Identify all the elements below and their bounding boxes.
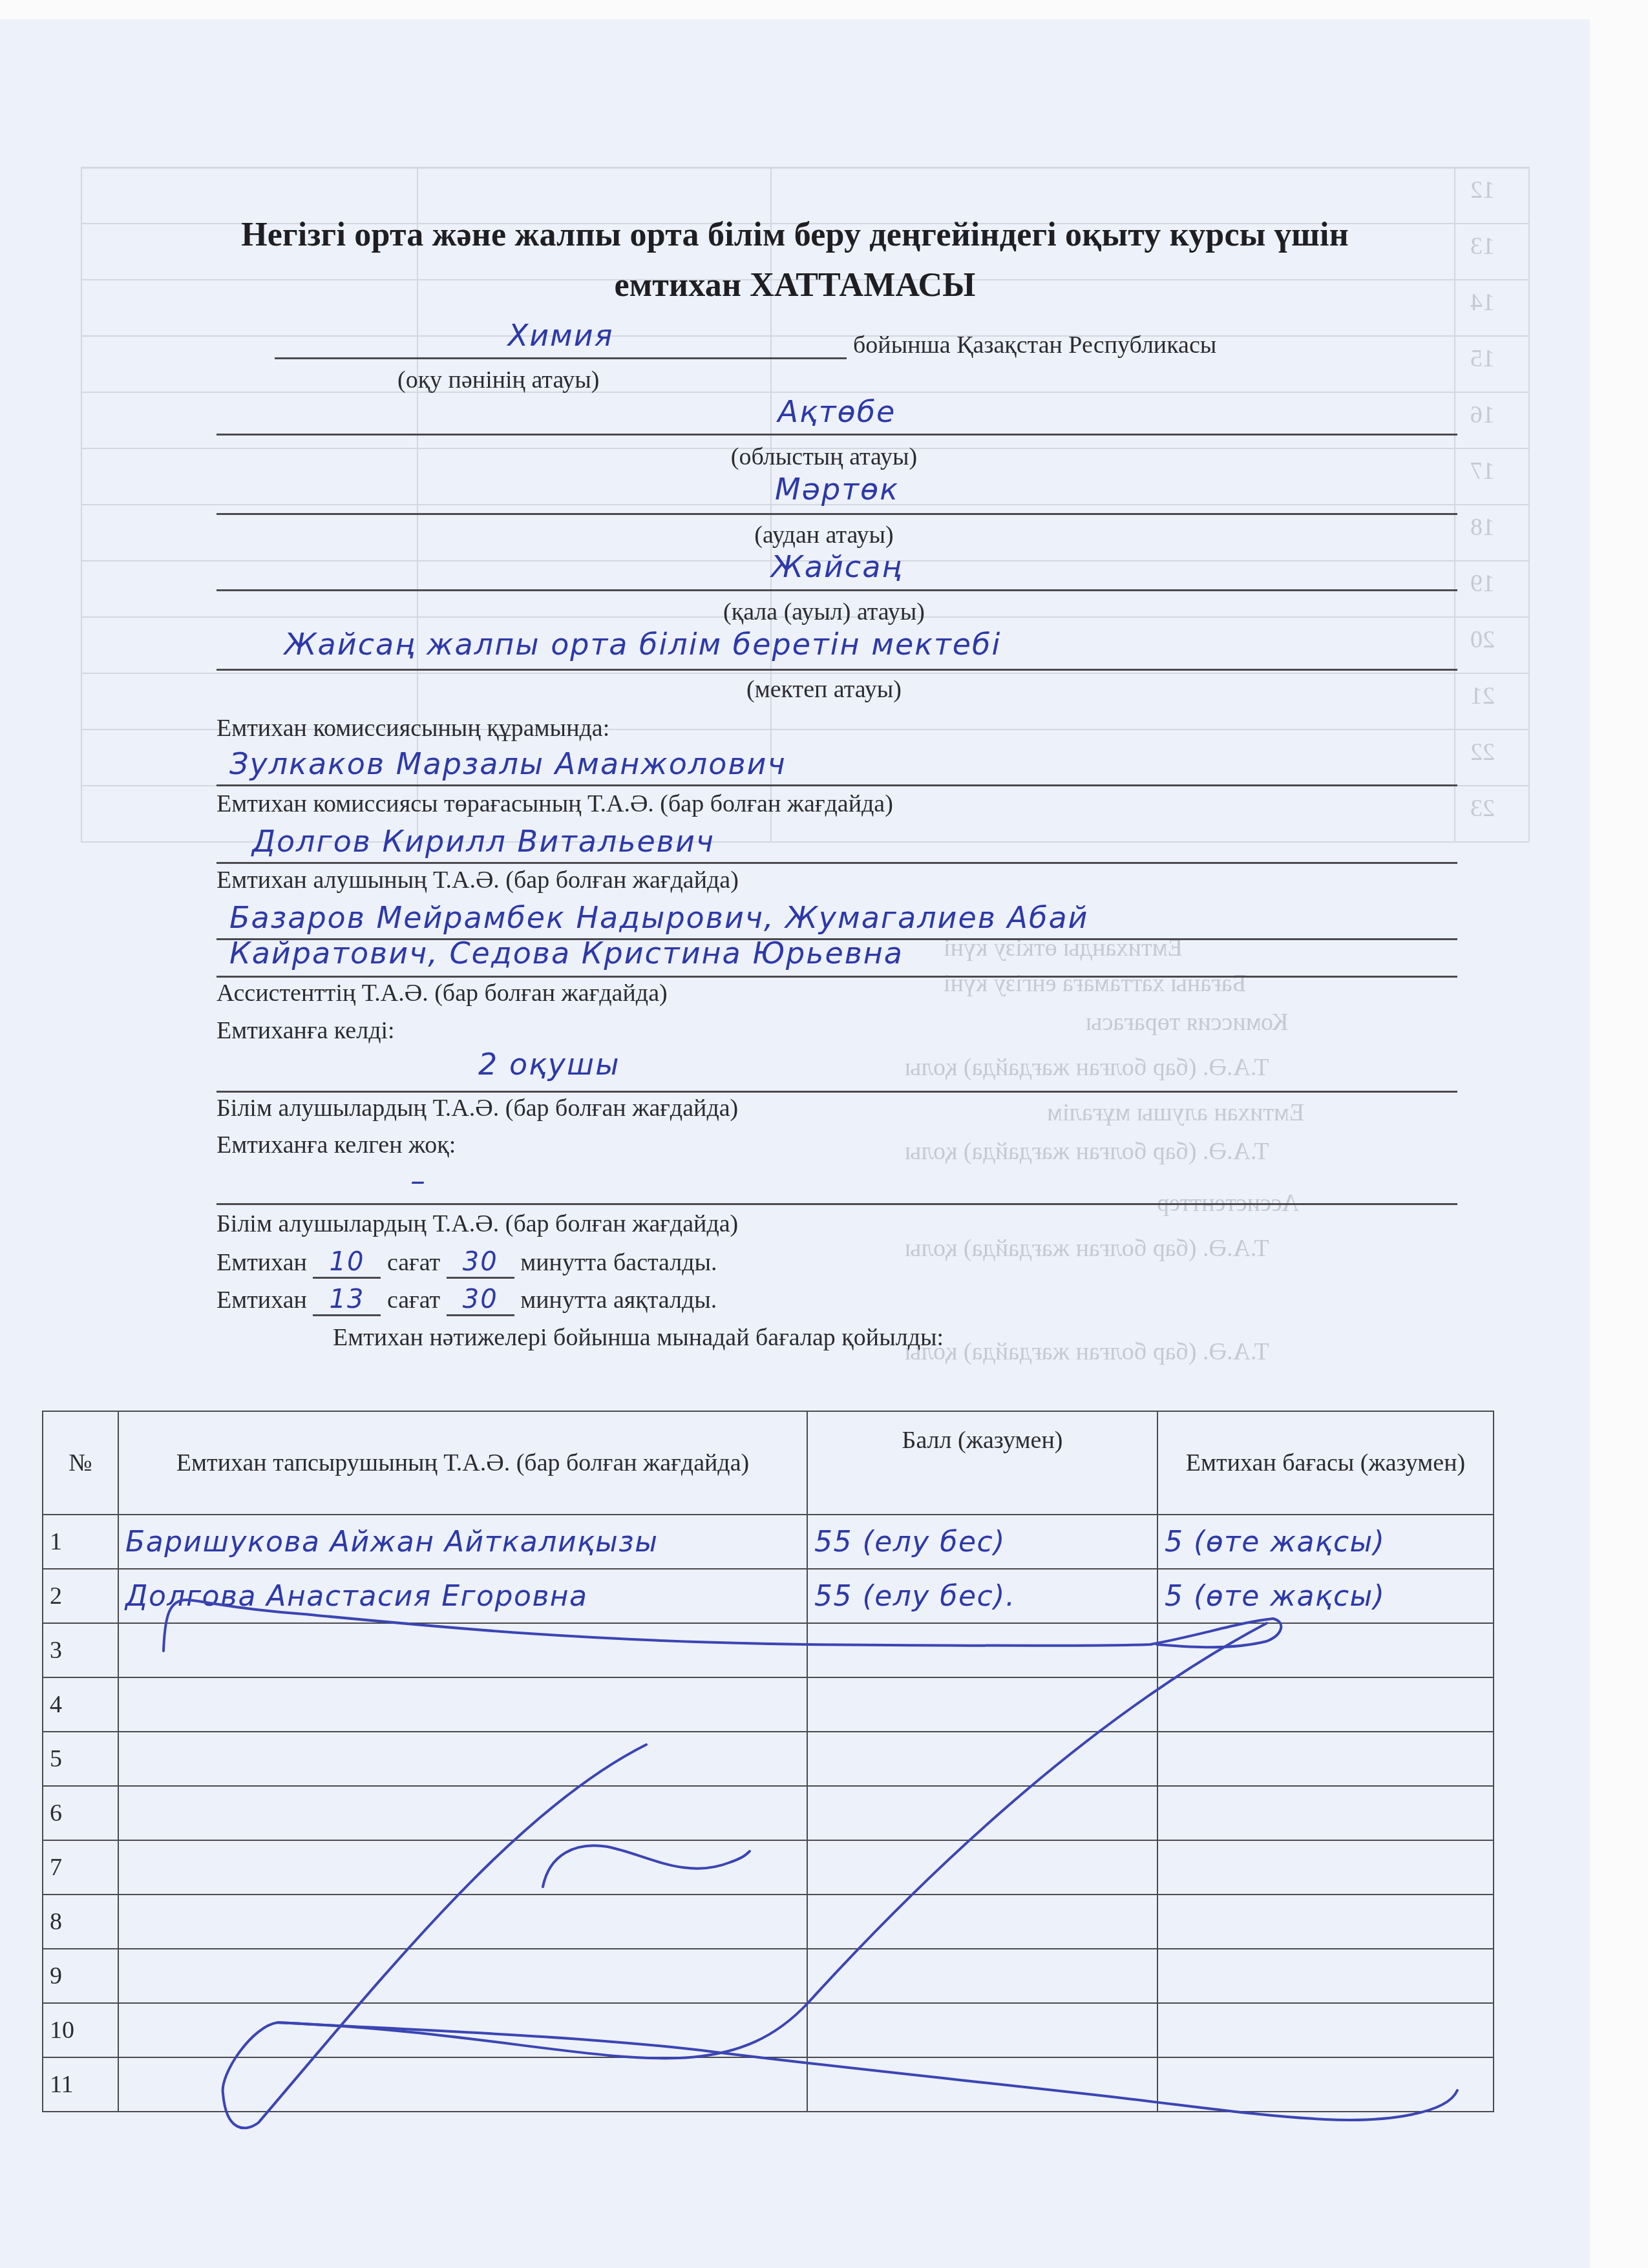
district-underline (217, 513, 1457, 515)
row-score-cell (807, 2057, 1157, 2112)
ghost-text: Т.А.Ә. (бар болған жағдайда) қолы (905, 1338, 1269, 1366)
ghost-text: Т.А.Ә. (бар болған жағдайда) қолы (905, 1234, 1269, 1263)
present-underline (217, 1091, 1457, 1093)
end-prefix: Емтихан (217, 1286, 307, 1314)
ghost-table-top (81, 167, 1528, 169)
header-name: Емтихан тапсырушының Т.А.Ә. (бар болған … (118, 1411, 807, 1515)
row-score-cell (807, 1949, 1157, 2003)
examiners-line2: Кайратович, Седова Кристина Юрьевна (229, 936, 903, 971)
chair-label: Емтихан комиссиясы төрағасының Т.А.Ә. (б… (217, 790, 893, 818)
start-prefix: Емтихан (217, 1249, 307, 1276)
row-number-cell: 1 (43, 1515, 118, 1569)
row-name-cell (118, 1623, 807, 1677)
row-score-cell (807, 1623, 1157, 1677)
ghost-row-number: 12 (1470, 176, 1495, 204)
table-row: 9 (43, 1949, 1494, 2003)
table-row: 4 (43, 1677, 1494, 1732)
absent-value: – (410, 1163, 427, 1198)
row-score-cell (807, 1895, 1157, 1949)
row-grade-cell (1157, 1840, 1494, 1895)
ghost-row-number: 17 (1470, 457, 1495, 485)
absent-underline (217, 1203, 1457, 1205)
subject-caption: (оқу пәнінің атауы) (397, 366, 600, 394)
region-caption: (облыстың атауы) (194, 443, 1454, 471)
row-name-cell (118, 1732, 807, 1786)
table-row: 2Долгова Анастасия Егоровна55 (елу бес).… (43, 1569, 1494, 1623)
school-caption: (мектеп атауы) (194, 675, 1454, 704)
row-grade-cell (1157, 2057, 1494, 2112)
table-row: 7 (43, 1840, 1494, 1895)
row-number-cell: 9 (43, 1949, 118, 2003)
row-number-cell: 2 (43, 1569, 118, 1623)
ghost-row-number: 18 (1470, 513, 1495, 541)
row-name-cell (118, 1677, 807, 1732)
start-time-line: Емтихан 10 сағат 30 минутта басталды. (217, 1247, 717, 1279)
school-underline (217, 669, 1457, 671)
row-name-cell (118, 1949, 807, 2003)
ghost-row-line (81, 673, 1528, 674)
chair-value: Долгов Кирилл Витальевич (252, 824, 715, 859)
start-minute: 30 (447, 1247, 514, 1279)
document-title-line2: емтихан ХАТТАМАСЫ (0, 266, 1590, 304)
examiners-underline2 (217, 976, 1457, 978)
row-number-cell: 5 (43, 1732, 118, 1786)
row-score-cell (807, 1786, 1157, 1840)
row-score-cell (807, 1840, 1157, 1895)
region-value: Ақтөбе (213, 394, 1461, 429)
ghost-text: Емтихан алушы мұғалім (1047, 1098, 1304, 1127)
table-row: 1Баришукова Айжан Айткалиқызы55 (елу бес… (43, 1515, 1494, 1569)
row-score-cell: 55 (елу бес). (807, 1569, 1157, 1623)
subject-suffix: бойынша Қазақстан Республикасы (853, 331, 1216, 359)
results-header-row: № Емтихан тапсырушының Т.А.Ә. (бар болға… (43, 1411, 1494, 1515)
region-underline (217, 434, 1457, 436)
row-grade: 5 (өте жақсы) (1165, 1580, 1386, 1613)
present-value: 2 оқушы (478, 1047, 620, 1082)
row-grade-cell (1157, 1786, 1494, 1840)
row-name: Баришукова Айжан Айткалиқызы (125, 1526, 658, 1559)
ghost-text: Т.А.Ә. (бар болған жағдайда) қолы (905, 1053, 1269, 1082)
row-score: 55 (елу бес). (814, 1580, 1015, 1613)
table-row: 3 (43, 1623, 1494, 1677)
end-time-line: Емтихан 13 сағат 30 минутта аяқталды. (217, 1285, 717, 1316)
present-label: Емтиханға келді: (217, 1016, 395, 1045)
row-grade: 5 (өте жақсы) (1165, 1526, 1386, 1559)
row-number-cell: 10 (43, 2003, 118, 2057)
subject-value: Химия (275, 318, 847, 353)
district-caption: (аудан атауы) (194, 521, 1454, 549)
row-name-cell: Долгова Анастасия Егоровна (118, 1569, 807, 1623)
row-name: Долгова Анастасия Егоровна (125, 1580, 588, 1613)
absent-label: Емтиханға келген жоқ: (217, 1131, 456, 1159)
results-intro: Емтихан нәтижелері бойынша мынадай бағал… (333, 1323, 944, 1352)
row-grade-cell (1157, 1732, 1494, 1786)
header-score: Балл (жазумен) (807, 1411, 1157, 1515)
ghost-text: Комиссия төрағасы (1086, 1008, 1288, 1036)
row-number-cell: 6 (43, 1786, 118, 1840)
row-number-cell: 4 (43, 1677, 118, 1732)
table-row: 11 (43, 2057, 1494, 2112)
absent-caption: Білім алушылардың Т.А.Ә. (бар болған жағ… (217, 1210, 738, 1238)
examiner-label: Емтихан алушының Т.А.Ә. (бар болған жағд… (217, 866, 739, 894)
row-grade-cell (1157, 2003, 1494, 2057)
row-name-cell (118, 1786, 807, 1840)
row-grade-cell (1157, 1623, 1494, 1677)
end-suffix: минутта аяқталды. (520, 1286, 717, 1314)
ghost-row-number: 20 (1470, 625, 1495, 654)
row-name-cell (118, 1840, 807, 1895)
ghost-row-number: 15 (1470, 344, 1495, 373)
start-hour-word: сағат (387, 1249, 440, 1276)
ghost-row-number: 19 (1470, 569, 1495, 598)
ghost-row-number: 23 (1470, 794, 1495, 823)
end-hour: 13 (313, 1285, 381, 1316)
commission-label: Емтихан комиссиясының құрамында: (217, 714, 609, 742)
start-suffix: минутта басталды. (520, 1249, 717, 1276)
row-score-cell (807, 1732, 1157, 1786)
commission-members: Зулкаков Марзалы Аманжолович (229, 746, 787, 781)
row-name-cell (118, 1895, 807, 1949)
district-value: Мәртөк (213, 472, 1461, 507)
ghost-row-line (81, 392, 1528, 393)
ghost-row-number: 21 (1470, 682, 1495, 710)
row-number-cell: 3 (43, 1623, 118, 1677)
table-row: 5 (43, 1732, 1494, 1786)
row-name-cell (118, 2057, 807, 2112)
document-title-line1: Негізгі орта және жалпы орта білім беру … (0, 216, 1590, 254)
row-grade-cell (1157, 1895, 1494, 1949)
settlement-value: Жайсаң (213, 549, 1461, 584)
table-row: 8 (43, 1895, 1494, 1949)
row-score-cell (807, 1677, 1157, 1732)
settlement-underline (217, 589, 1457, 591)
school-value: Жайсаң жалпы орта білім беретін мектебі (284, 627, 1001, 662)
ghost-row-number: 16 (1470, 401, 1495, 429)
row-number-cell: 7 (43, 1840, 118, 1895)
chair-underline (217, 862, 1457, 864)
ghost-text: Бағаны хаттамаға енгізу күні (944, 969, 1246, 998)
row-score-cell: 55 (елу бес) (807, 1515, 1157, 1569)
table-row: 10 (43, 2003, 1494, 2057)
row-grade-cell (1157, 1949, 1494, 2003)
row-name-cell (118, 2003, 807, 2057)
table-row: 6 (43, 1786, 1494, 1840)
header-grade: Емтихан бағасы (жазумен) (1157, 1411, 1494, 1515)
row-grade-cell: 5 (өте жақсы) (1157, 1515, 1494, 1569)
row-number-cell: 8 (43, 1895, 118, 1949)
commission-underline (217, 784, 1457, 786)
row-grade-cell: 5 (өте жақсы) (1157, 1569, 1494, 1623)
ghost-row-number: 22 (1470, 738, 1495, 766)
row-number-cell: 11 (43, 2057, 118, 2112)
row-grade-cell (1157, 1677, 1494, 1732)
start-hour: 10 (313, 1247, 381, 1279)
header-number: № (43, 1411, 118, 1515)
end-minute: 30 (447, 1285, 514, 1316)
row-name-cell: Баришукова Айжан Айткалиқызы (118, 1515, 807, 1569)
settlement-caption: (қала (ауыл) атауы) (194, 598, 1454, 626)
results-table: № Емтихан тапсырушының Т.А.Ә. (бар болға… (42, 1411, 1494, 2112)
subject-underline (275, 357, 847, 359)
row-score: 55 (елу бес) (814, 1526, 1006, 1559)
row-score-cell (807, 2003, 1157, 2057)
assistant-label: Ассистенттің Т.А.Ә. (бар болған жағдайда… (217, 979, 668, 1007)
present-caption: Білім алушылардың Т.А.Ә. (бар болған жағ… (217, 1094, 738, 1122)
end-hour-word: сағат (387, 1286, 440, 1314)
ghost-text: Т.А.Ә. (бар болған жағдайда) қолы (905, 1137, 1269, 1166)
examiners-line1: Базаров Мейрамбек Надырович, Жумагалиев … (229, 900, 1088, 935)
